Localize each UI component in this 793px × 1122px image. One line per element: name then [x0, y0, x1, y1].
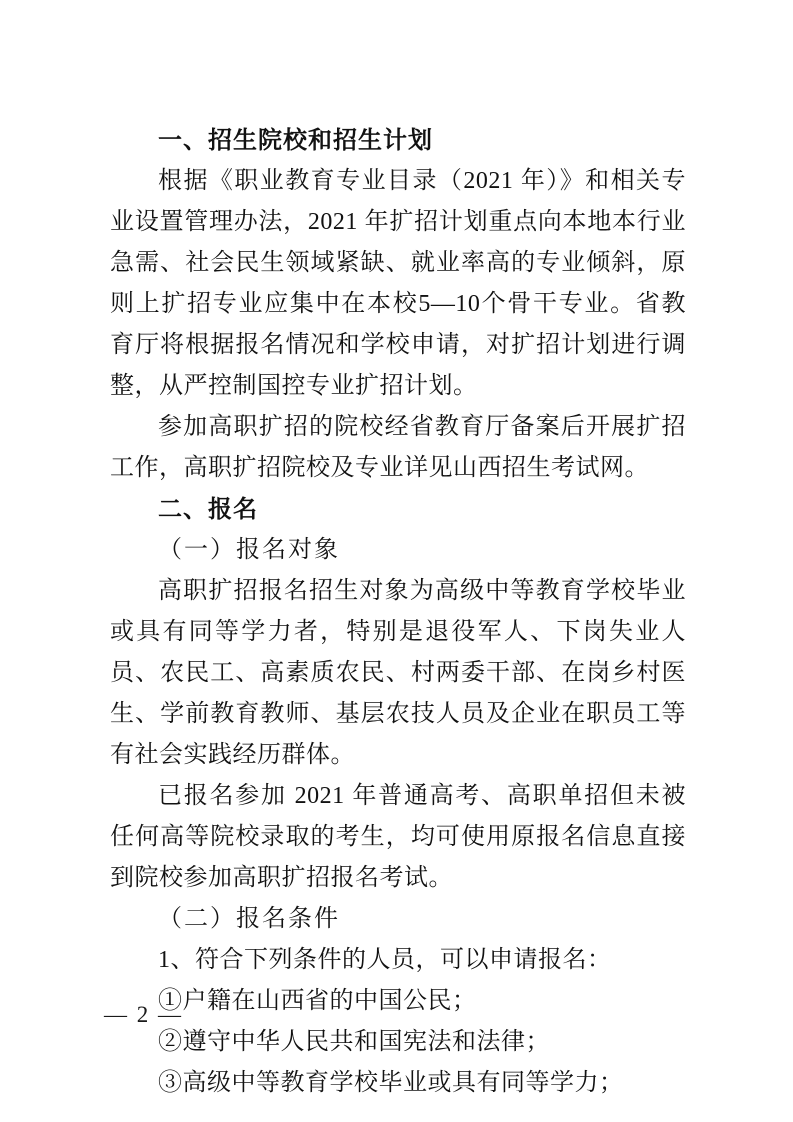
- list-intro-eligibility: 1、符合下列条件的人员，可以申请报名：: [110, 940, 686, 981]
- subsection-heading-registration-conditions: （二）报名条件: [110, 899, 686, 940]
- list-item-education-level: ③高级中等教育学校毕业或具有同等学力；: [110, 1063, 686, 1104]
- list-item-constitution: ②遵守中华人民共和国宪法和法律；: [110, 1022, 686, 1063]
- subsection-heading-registration-targets: （一）报名对象: [110, 530, 686, 571]
- section-heading-registration: 二、报名: [110, 489, 686, 530]
- paragraph-enrollment-plan-details: 根据《职业教育专业目录（2021 年）》和相关专业设置管理办法，2021 年扩招…: [110, 161, 686, 407]
- section-heading-enrollment-plan: 一、招生院校和招生计划: [110, 120, 686, 161]
- paragraph-filing-and-website: 参加高职扩招的院校经省教育厅备案后开展扩招工作，高职扩招院校及专业详见山西招生考…: [110, 407, 686, 489]
- list-item-residency: ①户籍在山西省的中国公民；: [110, 981, 686, 1022]
- page-number: — 2 —: [104, 1000, 183, 1030]
- document-page: 一、招生院校和招生计划 根据《职业教育专业目录（2021 年）》和相关专业设置管…: [0, 0, 793, 1122]
- paragraph-registration-targets: 高职扩招报名招生对象为高级中等教育学校毕业或具有同等学力者，特别是退役军人、下岗…: [110, 571, 686, 776]
- paragraph-prior-gaokao-applicants: 已报名参加 2021 年普通高考、高职单招但未被任何高等院校录取的考生，均可使用…: [110, 776, 686, 899]
- document-body: 一、招生院校和招生计划 根据《职业教育专业目录（2021 年）》和相关专业设置管…: [110, 120, 686, 1104]
